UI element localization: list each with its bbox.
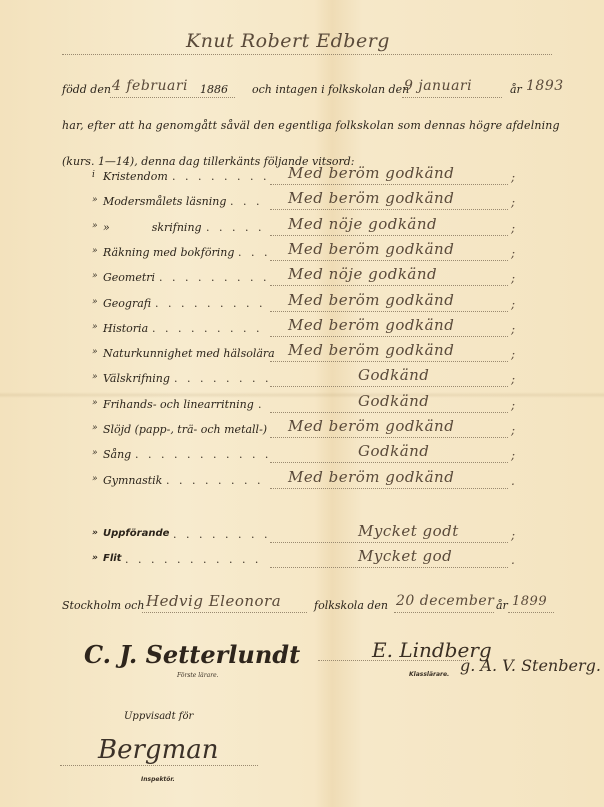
dot-leader: . . . . . . . . . . . . . . . . . . . . …: [155, 297, 268, 310]
cert-date: 20 december: [396, 593, 494, 609]
grade-line: [270, 488, 508, 489]
grade-row: »Sång. . . . . . . . . . . . . . . . . .…: [0, 448, 604, 468]
admit-day-month: 9 januari: [404, 78, 472, 94]
grade-line: [270, 235, 508, 236]
subject-label: Geometri: [103, 271, 155, 284]
grade-row: iKristendom. . . . . . . . . . . . . . .…: [0, 170, 604, 190]
cert-year-line: [508, 612, 554, 613]
grade-row: »Geometri. . . . . . . . . . . . . . . .…: [0, 271, 604, 291]
dot-leader: . . . . . . . . . . . . . . . . . . . . …: [135, 448, 268, 461]
grade-value: Med beröm godkänd: [288, 240, 454, 258]
class-teacher-extra-signature: g. A. V. Stenberg.: [460, 656, 601, 675]
grade-terminator: .: [511, 474, 515, 488]
grade-terminator: ;: [511, 528, 515, 542]
dot-leader: . . . . . . . . . . . . . . . . . . . . …: [166, 474, 268, 487]
grade-line: [270, 184, 508, 185]
subject-label: Slöjd (papp-, trä- och metall-): [103, 423, 267, 436]
dot-leader: . . . . . . . . . . . . . . . . . . . . …: [159, 271, 268, 284]
grade-line: [270, 311, 508, 312]
subject-label: » skrifning: [103, 221, 202, 234]
grade-row: »Geografi. . . . . . . . . . . . . . . .…: [0, 297, 604, 317]
label-year: år: [510, 83, 522, 96]
grade-line: [270, 336, 508, 337]
cert-year: 1899: [512, 594, 547, 609]
dot-leader: . . . . . . . . . . . . . . . . . . . . …: [258, 398, 268, 411]
grade-value: Med nöje godkänd: [288, 265, 437, 283]
grade-row: »Historia. . . . . . . . . . . . . . . .…: [0, 322, 604, 342]
grade-prefix: »: [92, 474, 98, 484]
inspector-line: [60, 765, 258, 766]
dot-leader: . . . . . . . . . . . . . . . . . . . . …: [172, 170, 268, 183]
subject-label: Sång: [103, 448, 131, 461]
grade-line: [270, 462, 508, 463]
label-school: folkskola den: [314, 599, 388, 612]
birth-day-month: 4 februari: [112, 78, 188, 94]
grade-prefix: »: [92, 372, 98, 382]
grade-value: Godkänd: [358, 442, 429, 460]
subject-label: Modersmålets läsning: [103, 195, 226, 208]
grade-prefix: »: [92, 528, 98, 538]
birth-date-line: [110, 97, 235, 98]
grade-value: Med beröm godkänd: [288, 417, 454, 435]
subject-label: Frihands- och linearritning: [103, 398, 254, 411]
admit-date-line: [402, 97, 502, 98]
shown-label: Uppvisadt för: [124, 711, 193, 722]
grade-terminator: ;: [511, 448, 515, 462]
grade-value: Med beröm godkänd: [288, 189, 454, 207]
grade-row: »Räkning med bokföring. . . . . . . . . …: [0, 246, 604, 266]
intro-line-1: har, efter att ha genomgått såväl den eg…: [62, 119, 560, 132]
grade-terminator: ;: [511, 322, 515, 336]
parish-name: Hedvig Eleonora: [146, 592, 281, 610]
grade-row: »Modersmålets läsning. . . . . . . . . .…: [0, 195, 604, 215]
grade-terminator: ;: [511, 398, 515, 412]
date-line: [394, 612, 494, 613]
grade-line: [270, 386, 508, 387]
conduct-row: »Flit. . . . . . . . . . . . . . . . . .…: [0, 553, 604, 573]
grade-value: Med beröm godkänd: [288, 164, 454, 182]
grade-line: [270, 361, 508, 362]
grade-line: [270, 412, 508, 413]
subject-label: Kristendom: [103, 170, 168, 183]
dot-leader: . . . . . . . . . . . . . . . . . . . . …: [174, 372, 268, 385]
grade-row: »» skrifning. . . . . . . . . . . . . . …: [0, 221, 604, 241]
grade-prefix: »: [92, 246, 98, 256]
subject-label: Välskrifning: [103, 372, 170, 385]
student-name: Knut Robert Edberg: [186, 30, 390, 52]
grade-line: [270, 260, 508, 261]
inspector-title: Inspektör.: [141, 776, 175, 783]
first-teacher-signature: C. J. Setterlundt: [84, 640, 300, 669]
dot-leader: . . . . . . . . . . . . . . . . . . . . …: [238, 246, 268, 259]
grade-line: [270, 567, 508, 568]
inspector-signature: Bergman: [98, 735, 218, 765]
label-cert-year: år: [496, 599, 508, 612]
grade-terminator: ;: [511, 221, 515, 235]
grade-value: Med nöje godkänd: [288, 215, 437, 233]
grade-line: [270, 437, 508, 438]
grade-row: »Välskrifning. . . . . . . . . . . . . .…: [0, 372, 604, 392]
subject-label: Räkning med bokföring: [103, 246, 234, 259]
grade-prefix: »: [92, 322, 98, 332]
grade-line: [270, 542, 508, 543]
grade-prefix: »: [92, 195, 98, 205]
grade-prefix: »: [92, 347, 98, 357]
label-admitted: och intagen i folkskolan den: [252, 83, 409, 96]
grade-terminator: ;: [511, 297, 515, 311]
grade-terminator: ;: [511, 195, 515, 209]
grade-terminator: .: [511, 553, 515, 567]
grade-value: Mycket godt: [358, 522, 459, 540]
subject-label: Flit: [103, 553, 121, 564]
grade-row: »Gymnastik. . . . . . . . . . . . . . . …: [0, 474, 604, 494]
grade-prefix: »: [92, 221, 98, 231]
grade-terminator: ;: [511, 170, 515, 184]
subject-label: Geografi: [103, 297, 151, 310]
class-teacher-title: Klasslärare.: [409, 671, 449, 678]
grade-line: [270, 285, 508, 286]
subject-label: Historia: [103, 322, 148, 335]
label-city: Stockholm och: [62, 599, 144, 612]
dot-leader: . . . . . . . . . . . . . . . . . . . . …: [173, 528, 268, 541]
grade-row: »Naturkunnighet med hälsolära. . . . . .…: [0, 347, 604, 367]
grade-prefix: »: [92, 271, 98, 281]
subject-label: Gymnastik: [103, 474, 162, 487]
grade-terminator: ;: [511, 423, 515, 437]
grade-value: Mycket god: [358, 547, 452, 565]
grade-terminator: ;: [511, 246, 515, 260]
dot-leader: . . . . . . . . . . . . . . . . . . . . …: [206, 221, 268, 234]
grade-value: Med beröm godkänd: [288, 316, 454, 334]
grade-terminator: ;: [511, 372, 515, 386]
grade-line: [270, 209, 508, 210]
grade-value: Godkänd: [358, 366, 429, 384]
grade-value: Med beröm godkänd: [288, 468, 454, 486]
conduct-row: »Uppförande. . . . . . . . . . . . . . .…: [0, 528, 604, 548]
parish-line: [142, 612, 307, 613]
grade-prefix: »: [92, 448, 98, 458]
grade-prefix: »: [92, 423, 98, 433]
subject-label: Uppförande: [103, 528, 169, 539]
admit-year: 1893: [526, 78, 564, 94]
grade-row: »Slöjd (papp-, trä- och metall-). . . . …: [0, 423, 604, 443]
grade-prefix: »: [92, 297, 98, 307]
label-born: född den: [62, 83, 111, 96]
dot-leader: . . . . . . . . . . . . . . . . . . . . …: [125, 553, 268, 566]
grade-value: Godkänd: [358, 392, 429, 410]
grade-prefix: i: [92, 170, 95, 180]
birth-year: 1886: [200, 83, 228, 96]
name-line: [62, 54, 552, 55]
grade-terminator: ;: [511, 347, 515, 361]
grade-value: Med beröm godkänd: [288, 291, 454, 309]
grade-prefix: »: [92, 398, 98, 408]
grade-terminator: ;: [511, 271, 515, 285]
first-teacher-title: Förste lärare.: [177, 672, 219, 679]
dot-leader: . . . . . . . . . . . . . . . . . . . . …: [230, 195, 268, 208]
grade-value: Med beröm godkänd: [288, 341, 454, 359]
subject-label: Naturkunnighet med hälsolära: [103, 347, 275, 360]
grade-prefix: »: [92, 553, 98, 563]
grade-row: »Frihands- och linearritning. . . . . . …: [0, 398, 604, 418]
dot-leader: . . . . . . . . . . . . . . . . . . . . …: [152, 322, 268, 335]
